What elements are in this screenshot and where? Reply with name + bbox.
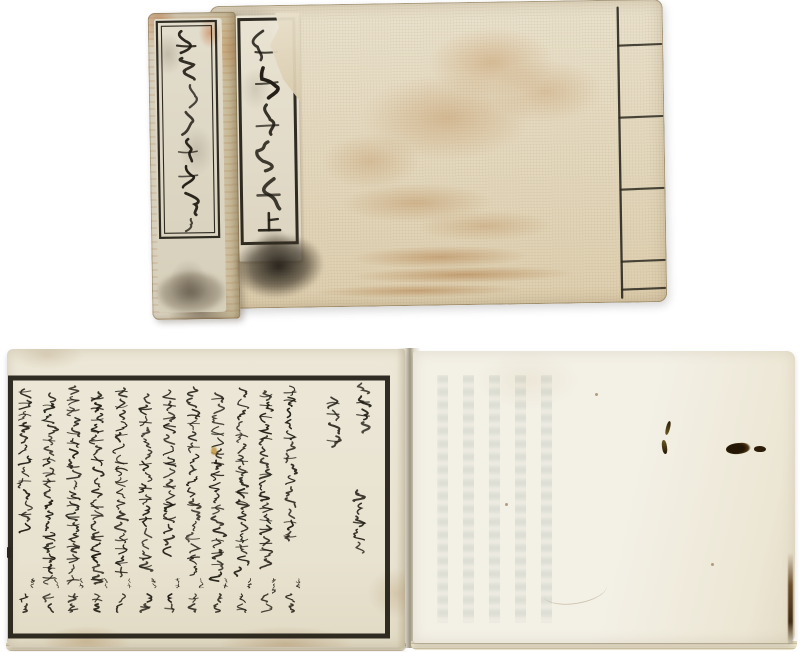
wormhole-mark <box>661 440 668 455</box>
flap-grime-stain <box>156 268 235 317</box>
foxing-speck <box>505 503 508 506</box>
open-spread-photo <box>5 345 797 651</box>
main-title-slip <box>236 15 302 262</box>
left-text-page <box>7 349 405 647</box>
wormhole-cluster <box>726 442 752 455</box>
foxing-speck <box>595 393 598 396</box>
foxing-fleck <box>211 447 217 455</box>
ink-showthrough <box>437 375 555 623</box>
printed-text-block <box>7 349 405 647</box>
wormhole-dot <box>754 446 766 452</box>
book-cover-photo <box>148 0 668 323</box>
photo-page <box>0 0 800 652</box>
cover-back-flap <box>148 12 241 320</box>
foxing-speck <box>711 563 714 566</box>
grime-smudge <box>234 226 339 312</box>
secondary-title-slip-calligraphy <box>154 18 224 251</box>
page-edge-shadow <box>788 553 793 645</box>
wormhole-mark <box>664 421 671 436</box>
edge-ink-mark <box>7 547 11 558</box>
right-blank-page <box>413 351 795 643</box>
